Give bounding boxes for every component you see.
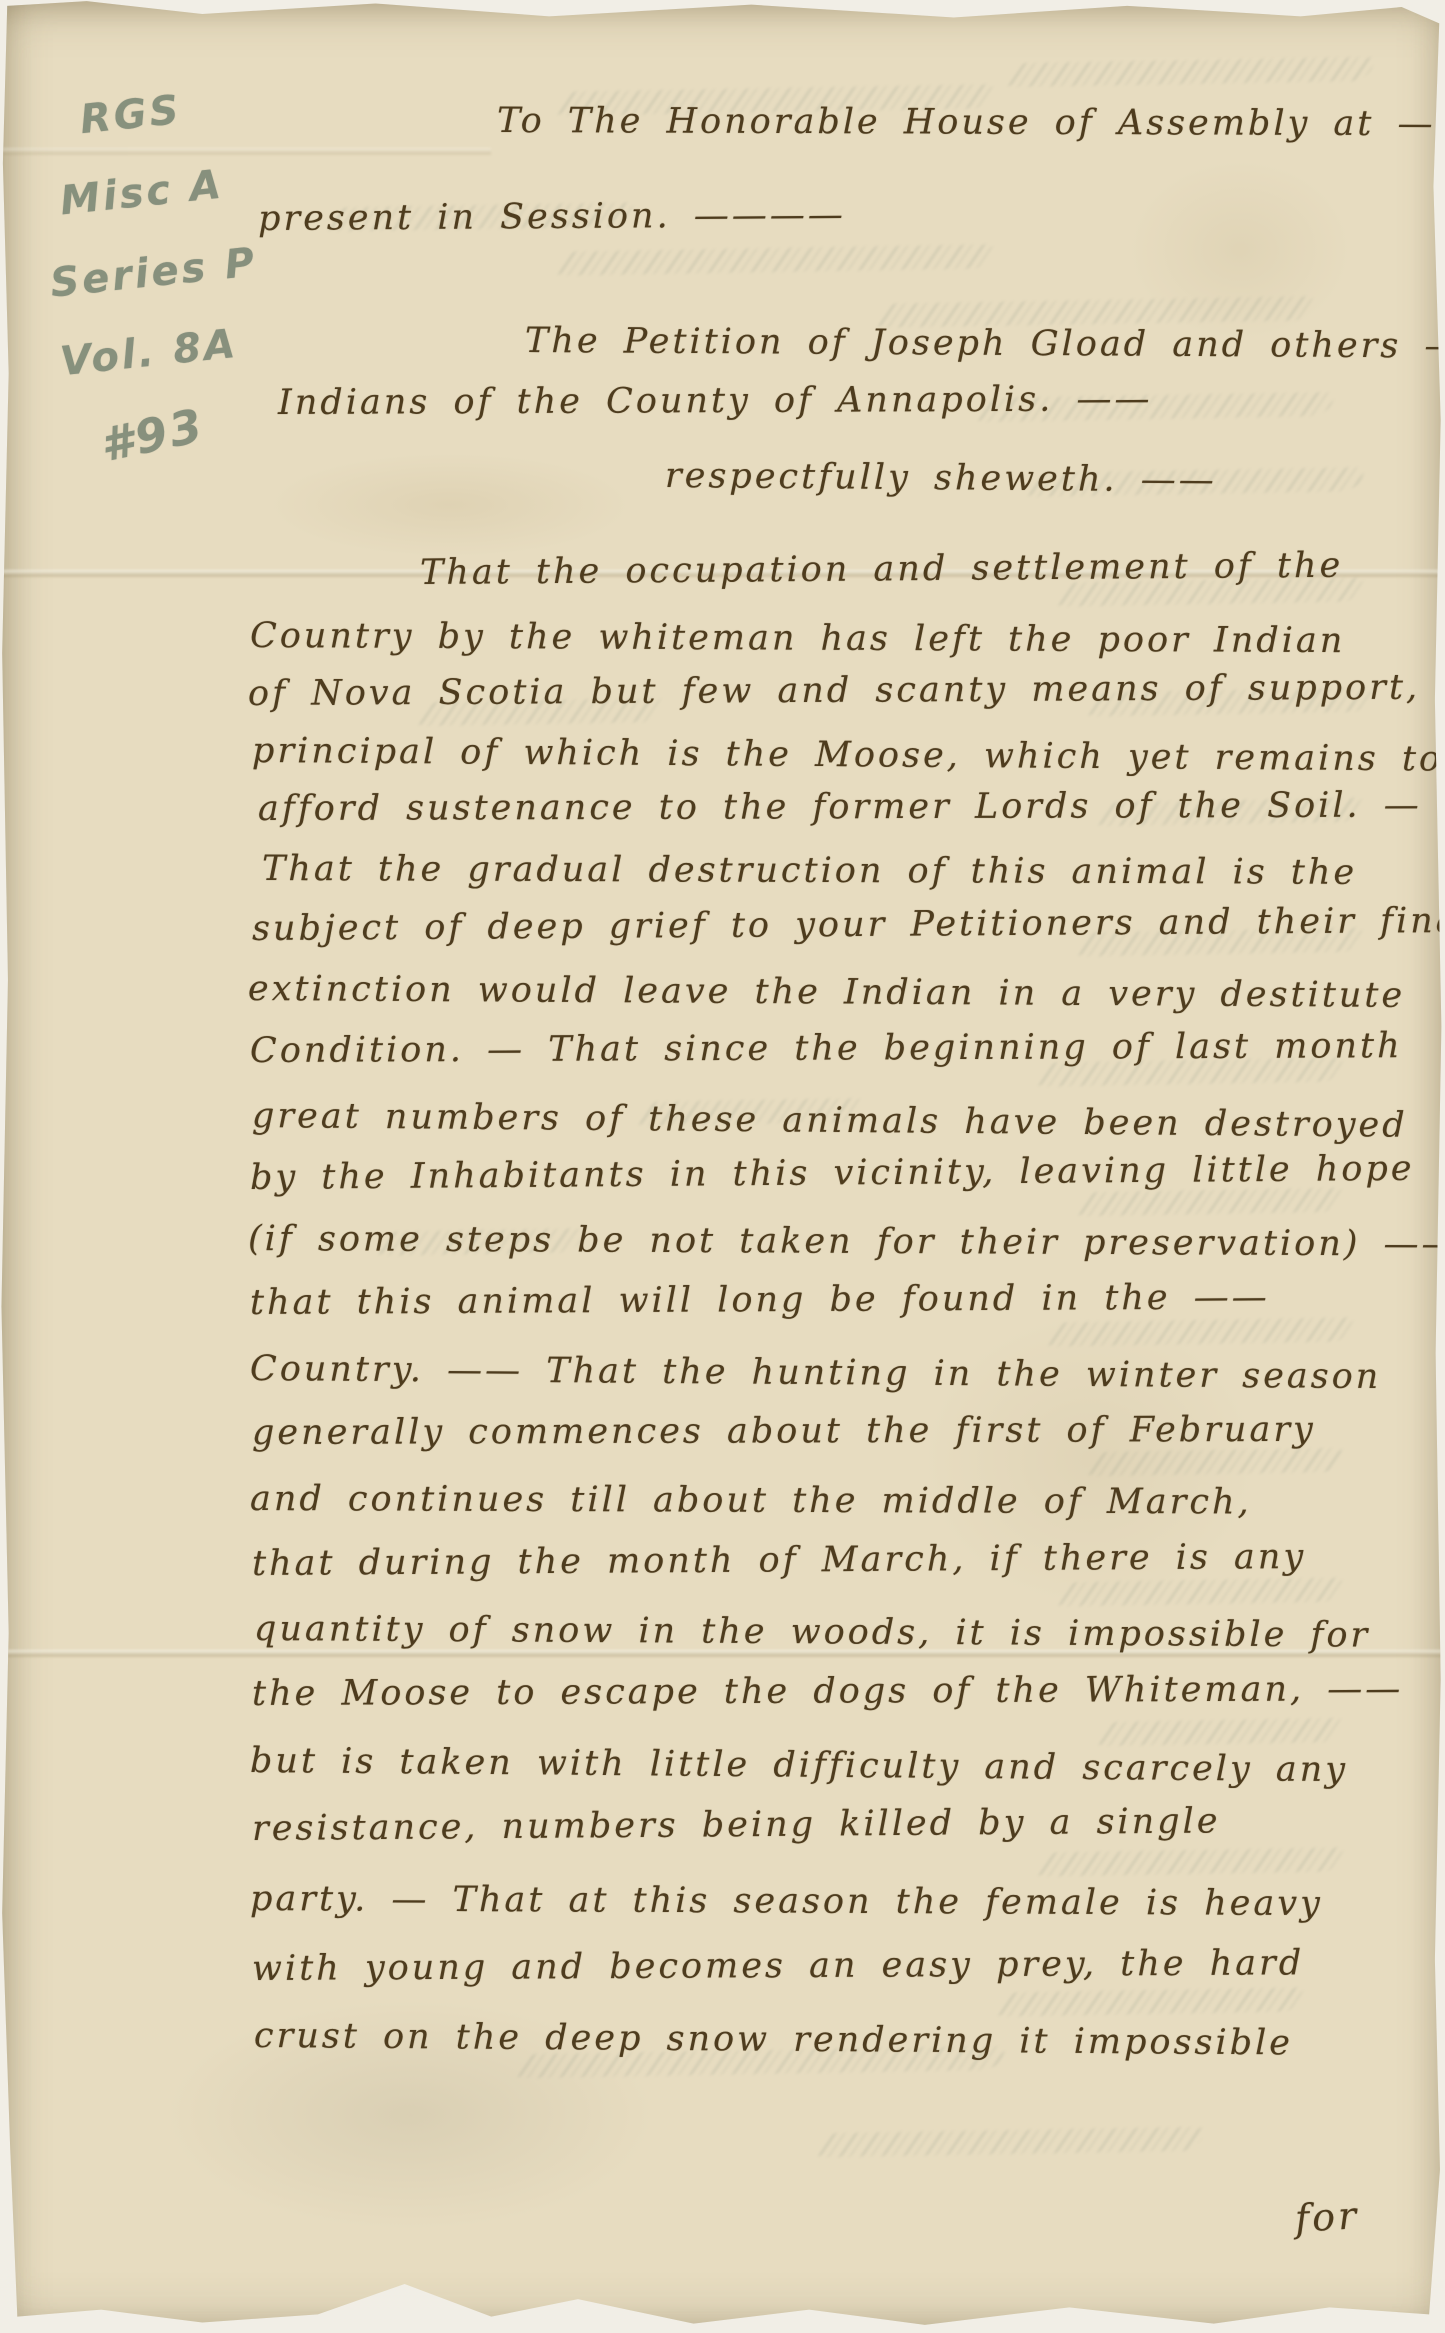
manuscript-line: the Moose to escape the dogs of the Whit… bbox=[252, 1668, 1403, 1715]
manuscript-line: The Petition of Joseph Gload and others … bbox=[525, 320, 1445, 368]
archival-note-line: Series P bbox=[48, 239, 259, 306]
manuscript-line: by the Inhabitants in this vicinity, lea… bbox=[250, 1148, 1415, 1199]
archival-note-line: #93 bbox=[96, 398, 210, 473]
ink-bleedthrough bbox=[1093, 1718, 1348, 1746]
manuscript-line: To The Honorable House of Assembly at —— bbox=[497, 100, 1445, 145]
manuscript-line: and continues till about the middle of M… bbox=[250, 1478, 1252, 1523]
manuscript-line: present in Session. ———— bbox=[258, 194, 846, 240]
ink-bleedthrough bbox=[812, 2127, 1208, 2158]
manuscript-paper: RGSMisc ASeries PVol. 8A#93 To The Honor… bbox=[0, 0, 1445, 2333]
manuscript-line: extinction would leave the Indian in a v… bbox=[248, 968, 1405, 1017]
manuscript-line: with young and becomes an easy prey, the… bbox=[252, 1942, 1304, 1990]
ink-bleedthrough bbox=[552, 244, 998, 276]
manuscript-line: that during the month of March, if there… bbox=[252, 1536, 1306, 1585]
manuscript-line: Indians of the County of Annapolis. —— bbox=[278, 378, 1153, 424]
manuscript-line: quantity of snow in the woods, it is imp… bbox=[254, 1608, 1370, 1657]
manuscript-line: afford sustenance to the former Lords of… bbox=[258, 785, 1422, 830]
manuscript-line: (if some steps be not taken for their pr… bbox=[248, 1218, 1445, 1266]
ink-bleedthrough bbox=[992, 1987, 1307, 2016]
ink-bleedthrough bbox=[1083, 1448, 1348, 1476]
ink-bleedthrough bbox=[1032, 1847, 1347, 1876]
manuscript-line: of Nova Scotia but few and scanty means … bbox=[248, 666, 1445, 715]
archival-note-line: Misc A bbox=[58, 162, 226, 225]
manuscript-line: but is taken with little difficulty and … bbox=[250, 1740, 1348, 1791]
manuscript-line: crust on the deep snow rendering it impo… bbox=[254, 2015, 1293, 2064]
manuscript-line: Country by the whiteman has left the poo… bbox=[250, 615, 1346, 662]
archival-note-line: RGS bbox=[78, 87, 184, 143]
manuscript-line: generally commences about the first of F… bbox=[252, 1409, 1316, 1454]
manuscript-line: That the occupation and settlement of th… bbox=[420, 545, 1344, 594]
manuscript-line: Country. —— That the hunting in the wint… bbox=[250, 1348, 1382, 1398]
manuscript-line: great numbers of these animals have been… bbox=[252, 1095, 1408, 1147]
paper-stain bbox=[60, 1950, 760, 2280]
catchword: for bbox=[1294, 2193, 1360, 2240]
ink-bleedthrough bbox=[1042, 1317, 1357, 1346]
manuscript-line: Condition. — That since the beginning of… bbox=[250, 1025, 1403, 1072]
manuscript-line: party. — That at this season the female … bbox=[250, 1878, 1323, 1925]
manuscript-line: that this animal will long be found in t… bbox=[250, 1276, 1270, 1324]
manuscript-line: principal of which is the Moose, which y… bbox=[252, 730, 1443, 781]
archival-note-line: Vol. 8A bbox=[58, 321, 240, 385]
manuscript-line: respectfully sheweth. —— bbox=[665, 455, 1217, 502]
scanned-page: RGSMisc ASeries PVol. 8A#93 To The Honor… bbox=[0, 0, 1445, 2333]
ink-bleedthrough bbox=[1053, 1578, 1348, 1607]
manuscript-line: That the gradual destruction of this ani… bbox=[262, 848, 1357, 894]
fold-crease bbox=[0, 148, 491, 155]
ink-bleedthrough bbox=[1002, 57, 1378, 87]
manuscript-line: resistance, numbers being killed by a si… bbox=[252, 1800, 1221, 1850]
manuscript-line: subject of deep grief to your Petitioner… bbox=[252, 900, 1445, 950]
